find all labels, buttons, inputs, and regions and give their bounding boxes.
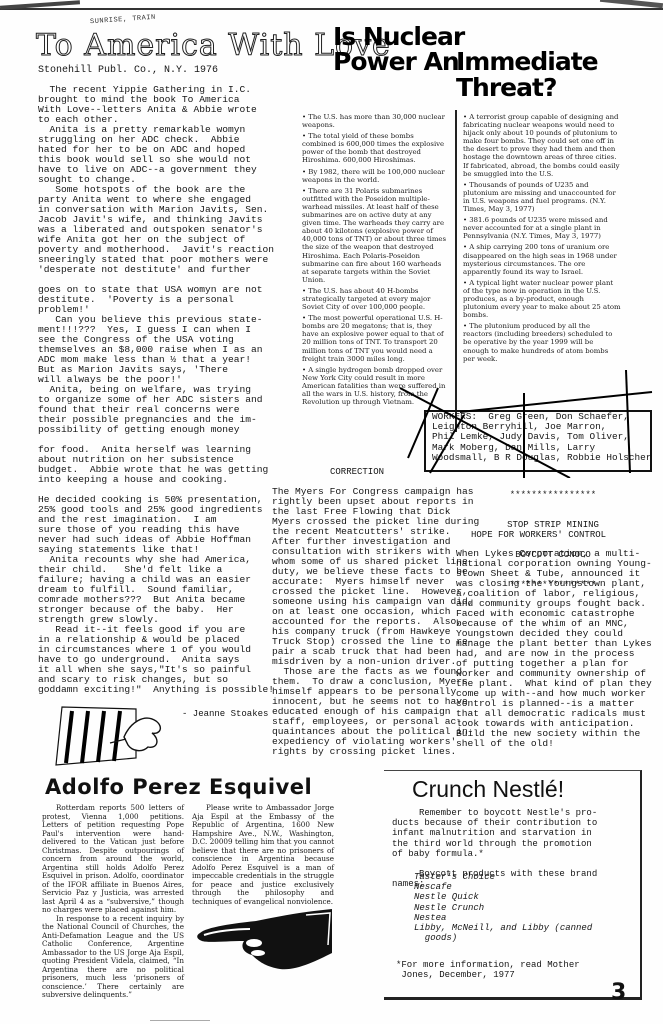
adolfo-paragraph: Please write to Ambassador Jorge Aja Esp…	[192, 804, 334, 906]
author-byline: - Jeanne Stoakes	[182, 709, 268, 719]
body-line	[392, 859, 597, 869]
nuclear-facts-column-2: • A terrorist group capable of designing…	[463, 113, 621, 366]
publisher-line: Stonehill Publ. Co., N.Y. 1976	[38, 66, 218, 76]
headline-line-3: Immediate	[456, 49, 598, 74]
footnote-line: *For more information, read Mother	[396, 960, 580, 970]
body-line: Remember to boycott Nestle's pro-	[392, 808, 597, 818]
brand-item: Nestle Quick	[414, 892, 592, 902]
nuclear-fact: • 381.6 pounds of U235 were missed and n…	[463, 216, 621, 240]
hope-body: When Lykes Corporation, a multi-national…	[456, 549, 652, 749]
nuclear-fact: • A ship carrying 200 tons of uranium or…	[463, 243, 621, 275]
body-line: goddamn exciting!" Anything is possible!	[38, 685, 274, 695]
nuclear-fact: • A terrorist group capable of designing…	[463, 113, 621, 178]
nuclear-fact: • The total yield of these bombs combine…	[302, 132, 450, 164]
boycott-line-1: STOP STRIP MINING	[468, 520, 638, 530]
adolfo-title: Adolfo Perez Esquivel	[45, 775, 312, 799]
jail-bars-dove-icon	[52, 703, 170, 767]
scan-mark	[150, 1020, 210, 1021]
adolfo-paragraph: In response to a recent inquiry by the N…	[42, 915, 184, 1000]
body-line: ducts because of their contribution to	[392, 818, 597, 828]
body-line: rights by crossing picket lines.	[272, 747, 479, 757]
nuclear-fact: • The U.S. has about 40 H-bombs strategi…	[302, 287, 450, 311]
body-line: into keeping a house and cooking.	[38, 475, 274, 485]
headline-line-4: Threat?	[456, 75, 556, 100]
nuclear-fact: • A typical light water nuclear power pl…	[463, 279, 621, 319]
handwritten-stamp: SUNRISE, TRAIN	[90, 14, 156, 27]
correction-title: CORRECTION	[330, 467, 384, 477]
brand-item: Taster's Choice	[414, 872, 592, 882]
nestle-brand-list: Taster's ChoiceNescafeNestle QuickNestle…	[414, 872, 592, 943]
nuclear-fact: • By 1982, there will be 100,000 nuclear…	[302, 168, 450, 184]
nestle-title: Crunch Nestlé!	[412, 776, 564, 803]
top-rule	[0, 8, 663, 10]
handdrawn-strikethrough-lines	[390, 368, 663, 478]
body-line: infant malnutrition and starvation in	[392, 828, 597, 838]
brand-item: goods)	[414, 933, 592, 943]
brand-item: Libby, McNeill, and Libby (canned	[414, 923, 592, 933]
headline-line-2: Power An	[333, 49, 459, 74]
body-line: 'desperate not destitute' and further	[38, 265, 274, 275]
brand-item: Nescafe	[414, 882, 592, 892]
hope-title: HOPE FOR WORKERS' CONTROL	[471, 530, 606, 540]
body-line: of baby formula.*	[392, 849, 597, 859]
adolfo-column-2: Please write to Ambassador Jorge Aja Esp…	[192, 804, 334, 906]
body-line: possibility of getting enough money	[38, 425, 274, 435]
article-body: The recent Yippie Gathering in I.C.broug…	[38, 85, 274, 695]
body-line: shell of the old!	[456, 739, 652, 749]
nuclear-fact: • The plutonium produced by all the reac…	[463, 322, 621, 362]
nuclear-fact: • There are 31 Polaris submarines outfit…	[302, 187, 450, 284]
nestle-footnote: *For more information, read Mother Jones…	[396, 960, 580, 980]
adolfo-column-1: Rotterdam reports 500 letters of protest…	[42, 804, 184, 1000]
correction-body: The Myers For Congress campaign hasright…	[272, 487, 479, 757]
boycott-border-top: ****************	[468, 490, 638, 500]
pointing-hand-icon	[196, 905, 336, 975]
nuclear-fact: • Thousands of pounds of U235 and pluton…	[463, 181, 621, 213]
headline-line-1: Is Nuclear	[333, 24, 464, 49]
adolfo-paragraph: Rotterdam reports 500 letters of protest…	[42, 804, 184, 915]
brand-item: Nestea	[414, 913, 592, 923]
page-number: 3	[611, 980, 626, 1005]
nuclear-facts-column-1: • The U.S. has more than 30,000 nuclear …	[302, 113, 450, 409]
nuclear-fact: • The U.S. has more than 30,000 nuclear …	[302, 113, 450, 129]
body-line: the third world through the promotion	[392, 839, 597, 849]
brand-item: Nestle Crunch	[414, 903, 592, 913]
nuclear-fact: • The most powerful operational U.S. H-b…	[302, 314, 450, 363]
footnote-line: Jones, December, 1977	[396, 970, 580, 980]
